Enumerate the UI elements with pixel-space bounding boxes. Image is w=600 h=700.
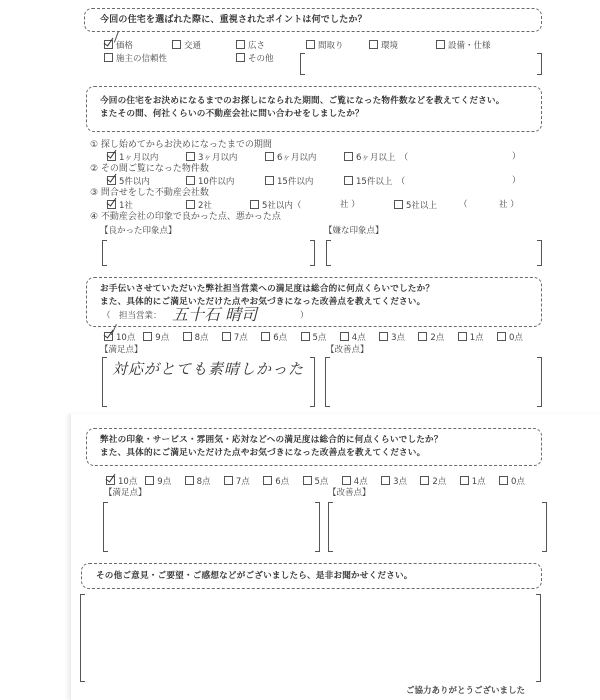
q1-other-field-left-bracket bbox=[300, 53, 305, 75]
checkbox-icon[interactable] bbox=[236, 40, 245, 49]
q5-field-left-bracket bbox=[80, 594, 85, 682]
q2-good-field-right-bracket bbox=[310, 240, 315, 266]
q4-score-option[interactable]: 1点 bbox=[460, 476, 486, 488]
q2-bad-field[interactable] bbox=[332, 242, 535, 264]
q1-option-price[interactable]: 価格 bbox=[104, 40, 133, 52]
q3-improve-label: 【改善点】 bbox=[326, 345, 369, 356]
q3-improve-field-left-bracket bbox=[325, 357, 330, 407]
q2-sub1-label: ① 探し始めてからお決めになったまでの期間 bbox=[90, 140, 272, 151]
q3-score-option[interactable]: 10点 bbox=[104, 332, 135, 344]
checkbox-icon[interactable] bbox=[344, 152, 353, 161]
checkbox-icon[interactable] bbox=[183, 332, 192, 341]
q5-answer-field[interactable] bbox=[86, 596, 534, 680]
q3-score-option[interactable]: 0点 bbox=[497, 332, 523, 344]
checkbox-icon[interactable] bbox=[420, 476, 429, 485]
q2-bad-field-right-bracket bbox=[537, 240, 542, 266]
q4-score-option[interactable]: 0点 bbox=[499, 476, 525, 488]
checkbox-icon[interactable] bbox=[250, 200, 259, 209]
q2-sub2-option-15[interactable]: 15件以内 bbox=[265, 176, 313, 188]
q2-sub1-option-1month[interactable]: 1ヶ月以内 bbox=[107, 152, 158, 164]
q4-score-option[interactable]: 2点 bbox=[420, 476, 446, 488]
checkbox-icon[interactable] bbox=[379, 332, 388, 341]
q3-improve-field-right-bracket bbox=[537, 357, 542, 407]
q1-option-environment[interactable]: 環境 bbox=[369, 40, 398, 52]
q2-sub3-unit-b: 社 ） bbox=[499, 200, 519, 211]
q4-score-option[interactable]: 5点 bbox=[303, 476, 329, 488]
checkbox-icon[interactable] bbox=[186, 152, 195, 161]
q2-sub1-close: ） bbox=[512, 152, 521, 163]
q3-staff-suffix: ） bbox=[300, 311, 309, 322]
checkbox-icon[interactable] bbox=[145, 476, 154, 485]
checkbox-icon[interactable] bbox=[303, 476, 312, 485]
checkbox-icon[interactable] bbox=[499, 476, 508, 485]
checkbox-checked-icon[interactable] bbox=[104, 40, 113, 49]
checkbox-icon[interactable] bbox=[224, 476, 233, 485]
checkbox-icon[interactable] bbox=[265, 176, 274, 185]
checkbox-icon[interactable] bbox=[340, 332, 349, 341]
q3-staff-name[interactable]: 五十石 晴司 bbox=[172, 302, 257, 325]
q2-sub3-option-1[interactable]: 1社 bbox=[107, 200, 133, 212]
q3-score-option[interactable]: 2点 bbox=[418, 332, 444, 344]
checkbox-icon[interactable] bbox=[418, 332, 427, 341]
q3-score-option[interactable]: 7点 bbox=[222, 332, 248, 344]
q1-other-field[interactable] bbox=[306, 55, 534, 73]
q2-good-label: 【良かった印象点】 bbox=[100, 226, 177, 237]
q3-score-option[interactable]: 9点 bbox=[143, 332, 169, 344]
q3-improve-field[interactable] bbox=[331, 359, 535, 405]
q2-sub4-label: ④ 不動産会社の印象で良かった点、悪かった点 bbox=[90, 212, 281, 223]
q2-sub3-option-2[interactable]: 2社 bbox=[186, 200, 212, 212]
q2-bad-field-left-bracket bbox=[326, 240, 331, 266]
checkbox-icon[interactable] bbox=[186, 200, 195, 209]
q4-score-option[interactable]: 4点 bbox=[342, 476, 368, 488]
q4-score-option[interactable]: 10点 bbox=[106, 476, 137, 488]
q2-sub1-option-3months[interactable]: 3ヶ月以内 bbox=[186, 152, 237, 164]
q1-question: 今回の住宅を選ばれた際に、重視されたポイントは何でしたか？ bbox=[100, 14, 367, 27]
checkbox-checked-icon[interactable] bbox=[107, 152, 116, 161]
checkbox-icon[interactable] bbox=[185, 476, 194, 485]
q2-sub1-option-over6months[interactable]: 6ヶ月以上 （ bbox=[344, 152, 408, 164]
q2-good-field[interactable] bbox=[108, 242, 308, 264]
q4-satisfied-field-left-bracket bbox=[103, 502, 108, 552]
q3-satisfied-label: 【満足点】 bbox=[100, 345, 143, 356]
checkbox-icon[interactable] bbox=[261, 332, 270, 341]
q4-score-option[interactable]: 9点 bbox=[145, 476, 171, 488]
q3-staff-prefix: （ 担当営業： bbox=[102, 311, 162, 322]
checkbox-icon[interactable] bbox=[172, 40, 181, 49]
q2-sub2-option-10[interactable]: 10件以内 bbox=[186, 176, 234, 188]
q4-satisfied-field[interactable] bbox=[109, 504, 313, 550]
q2-sub1-option-6months[interactable]: 6ヶ月以内 bbox=[265, 152, 316, 164]
q2-sub2-option-5[interactable]: 5件以内 bbox=[107, 176, 150, 188]
q2-question-line1: 今回の住宅をお決めになるまでのお探しになられた期間、ご覧になった物件数などを教え… bbox=[100, 95, 505, 108]
q2-sub2-option-over15[interactable]: 15件以上 （ bbox=[344, 176, 405, 188]
checkbox-checked-icon[interactable] bbox=[106, 476, 115, 485]
q2-question-line2: またその間、何社くらいの不動産会社に問い合わせをしましたか？ bbox=[100, 108, 364, 121]
checkbox-icon[interactable] bbox=[263, 476, 272, 485]
checkbox-icon[interactable] bbox=[186, 176, 195, 185]
q2-sub3-open-b: （ bbox=[459, 200, 468, 211]
q3-question-line2: また、具体的にご満足いただけた点やお気づきになった改善点を教えてください。 bbox=[100, 296, 425, 309]
checkbox-icon[interactable] bbox=[394, 200, 403, 209]
q3-satisfied-field-right-bracket bbox=[310, 357, 315, 407]
footer-thanks: ご協力ありがとうございました bbox=[406, 684, 525, 696]
q3-score-option[interactable]: 5点 bbox=[301, 332, 327, 344]
q3-score-option[interactable]: 8点 bbox=[183, 332, 209, 344]
q4-score-option[interactable]: 3点 bbox=[381, 476, 407, 488]
q2-sub3-option-over5[interactable]: 5社以上 bbox=[394, 200, 437, 212]
checkbox-checked-icon[interactable] bbox=[104, 332, 113, 341]
q1-option-transport[interactable]: 交通 bbox=[172, 40, 201, 52]
q2-sub3-option-within5[interactable]: 5社以内（ bbox=[250, 200, 301, 212]
checkbox-icon[interactable] bbox=[460, 476, 469, 485]
checkbox-icon[interactable] bbox=[369, 40, 378, 49]
q4-question-line1: 弊社の印象・サービス・雰囲気・応対などへの満足度は総合的に何点くらいでしたか？ bbox=[100, 434, 443, 447]
q1-option-size[interactable]: 広さ bbox=[236, 40, 265, 52]
q4-improve-field-right-bracket bbox=[542, 502, 547, 552]
checkbox-checked-icon[interactable] bbox=[107, 176, 116, 185]
q1-option-other[interactable]: その他 bbox=[236, 53, 274, 65]
checkbox-icon[interactable] bbox=[104, 53, 113, 62]
q2-sub3-unit-a: 社 ） bbox=[340, 200, 360, 211]
q1-option-layout[interactable]: 間取り bbox=[306, 40, 344, 52]
checkbox-icon[interactable] bbox=[265, 152, 274, 161]
q5-question: その他ご意見・ご要望・ご感想などがございましたら、是非お聞かせください。 bbox=[96, 570, 413, 583]
q1-option-builder-trust[interactable]: 施主の信頼性 bbox=[104, 53, 167, 65]
q4-score-option[interactable]: 6点 bbox=[263, 476, 289, 488]
q3-score-option[interactable]: 3点 bbox=[379, 332, 405, 344]
q4-satisfied-label: 【満足点】 bbox=[104, 488, 147, 499]
checkbox-icon[interactable] bbox=[301, 332, 310, 341]
checkbox-checked-icon[interactable] bbox=[107, 200, 116, 209]
q4-improve-field[interactable] bbox=[334, 504, 540, 550]
q3-satisfied-field[interactable]: 対応がとても素晴しかった bbox=[112, 358, 304, 379]
q5-field-right-bracket bbox=[536, 594, 541, 682]
q2-sub3-label: ③ 問合せをした不動産会社数 bbox=[90, 188, 209, 199]
checkbox-icon[interactable] bbox=[497, 332, 506, 341]
checkbox-icon[interactable] bbox=[436, 40, 445, 49]
q4-improve-field-left-bracket bbox=[328, 502, 333, 552]
q2-good-field-left-bracket bbox=[102, 240, 107, 266]
checkbox-icon[interactable] bbox=[306, 40, 315, 49]
q3-satisfied-field-left-bracket bbox=[102, 357, 107, 407]
q2-bad-label: 【嫌な印象点】 bbox=[324, 226, 384, 237]
q2-sub2-close: ） bbox=[512, 176, 521, 187]
q4-question-line2: また、具体的にご満足いただけた点やお気づきになった改善点を教えてください。 bbox=[100, 447, 425, 460]
q4-improve-label: 【改善点】 bbox=[328, 488, 371, 499]
q1-other-field-right-bracket bbox=[537, 53, 542, 75]
checkbox-icon[interactable] bbox=[344, 176, 353, 185]
checkbox-icon[interactable] bbox=[222, 332, 231, 341]
q4-satisfied-field-right-bracket bbox=[315, 502, 320, 552]
checkbox-icon[interactable] bbox=[236, 53, 245, 62]
q1-option-equipment[interactable]: 設備・仕様 bbox=[436, 40, 491, 52]
checkbox-icon[interactable] bbox=[143, 332, 152, 341]
checkbox-icon[interactable] bbox=[342, 476, 351, 485]
q3-score-option[interactable]: 6点 bbox=[261, 332, 287, 344]
q4-score-option[interactable]: 8点 bbox=[185, 476, 211, 488]
checkbox-icon[interactable] bbox=[458, 332, 467, 341]
checkbox-icon[interactable] bbox=[381, 476, 390, 485]
q4-score-option[interactable]: 7点 bbox=[224, 476, 250, 488]
q3-question-line1: お手伝いさせていただいた弊社担当営業への満足度は総合的に何点くらいでしたか？ bbox=[100, 283, 434, 296]
q3-score-option[interactable]: 4点 bbox=[340, 332, 366, 344]
q2-sub2-label: ② その間ご覧になった物件数 bbox=[90, 164, 209, 175]
q3-score-option[interactable]: 1点 bbox=[458, 332, 484, 344]
